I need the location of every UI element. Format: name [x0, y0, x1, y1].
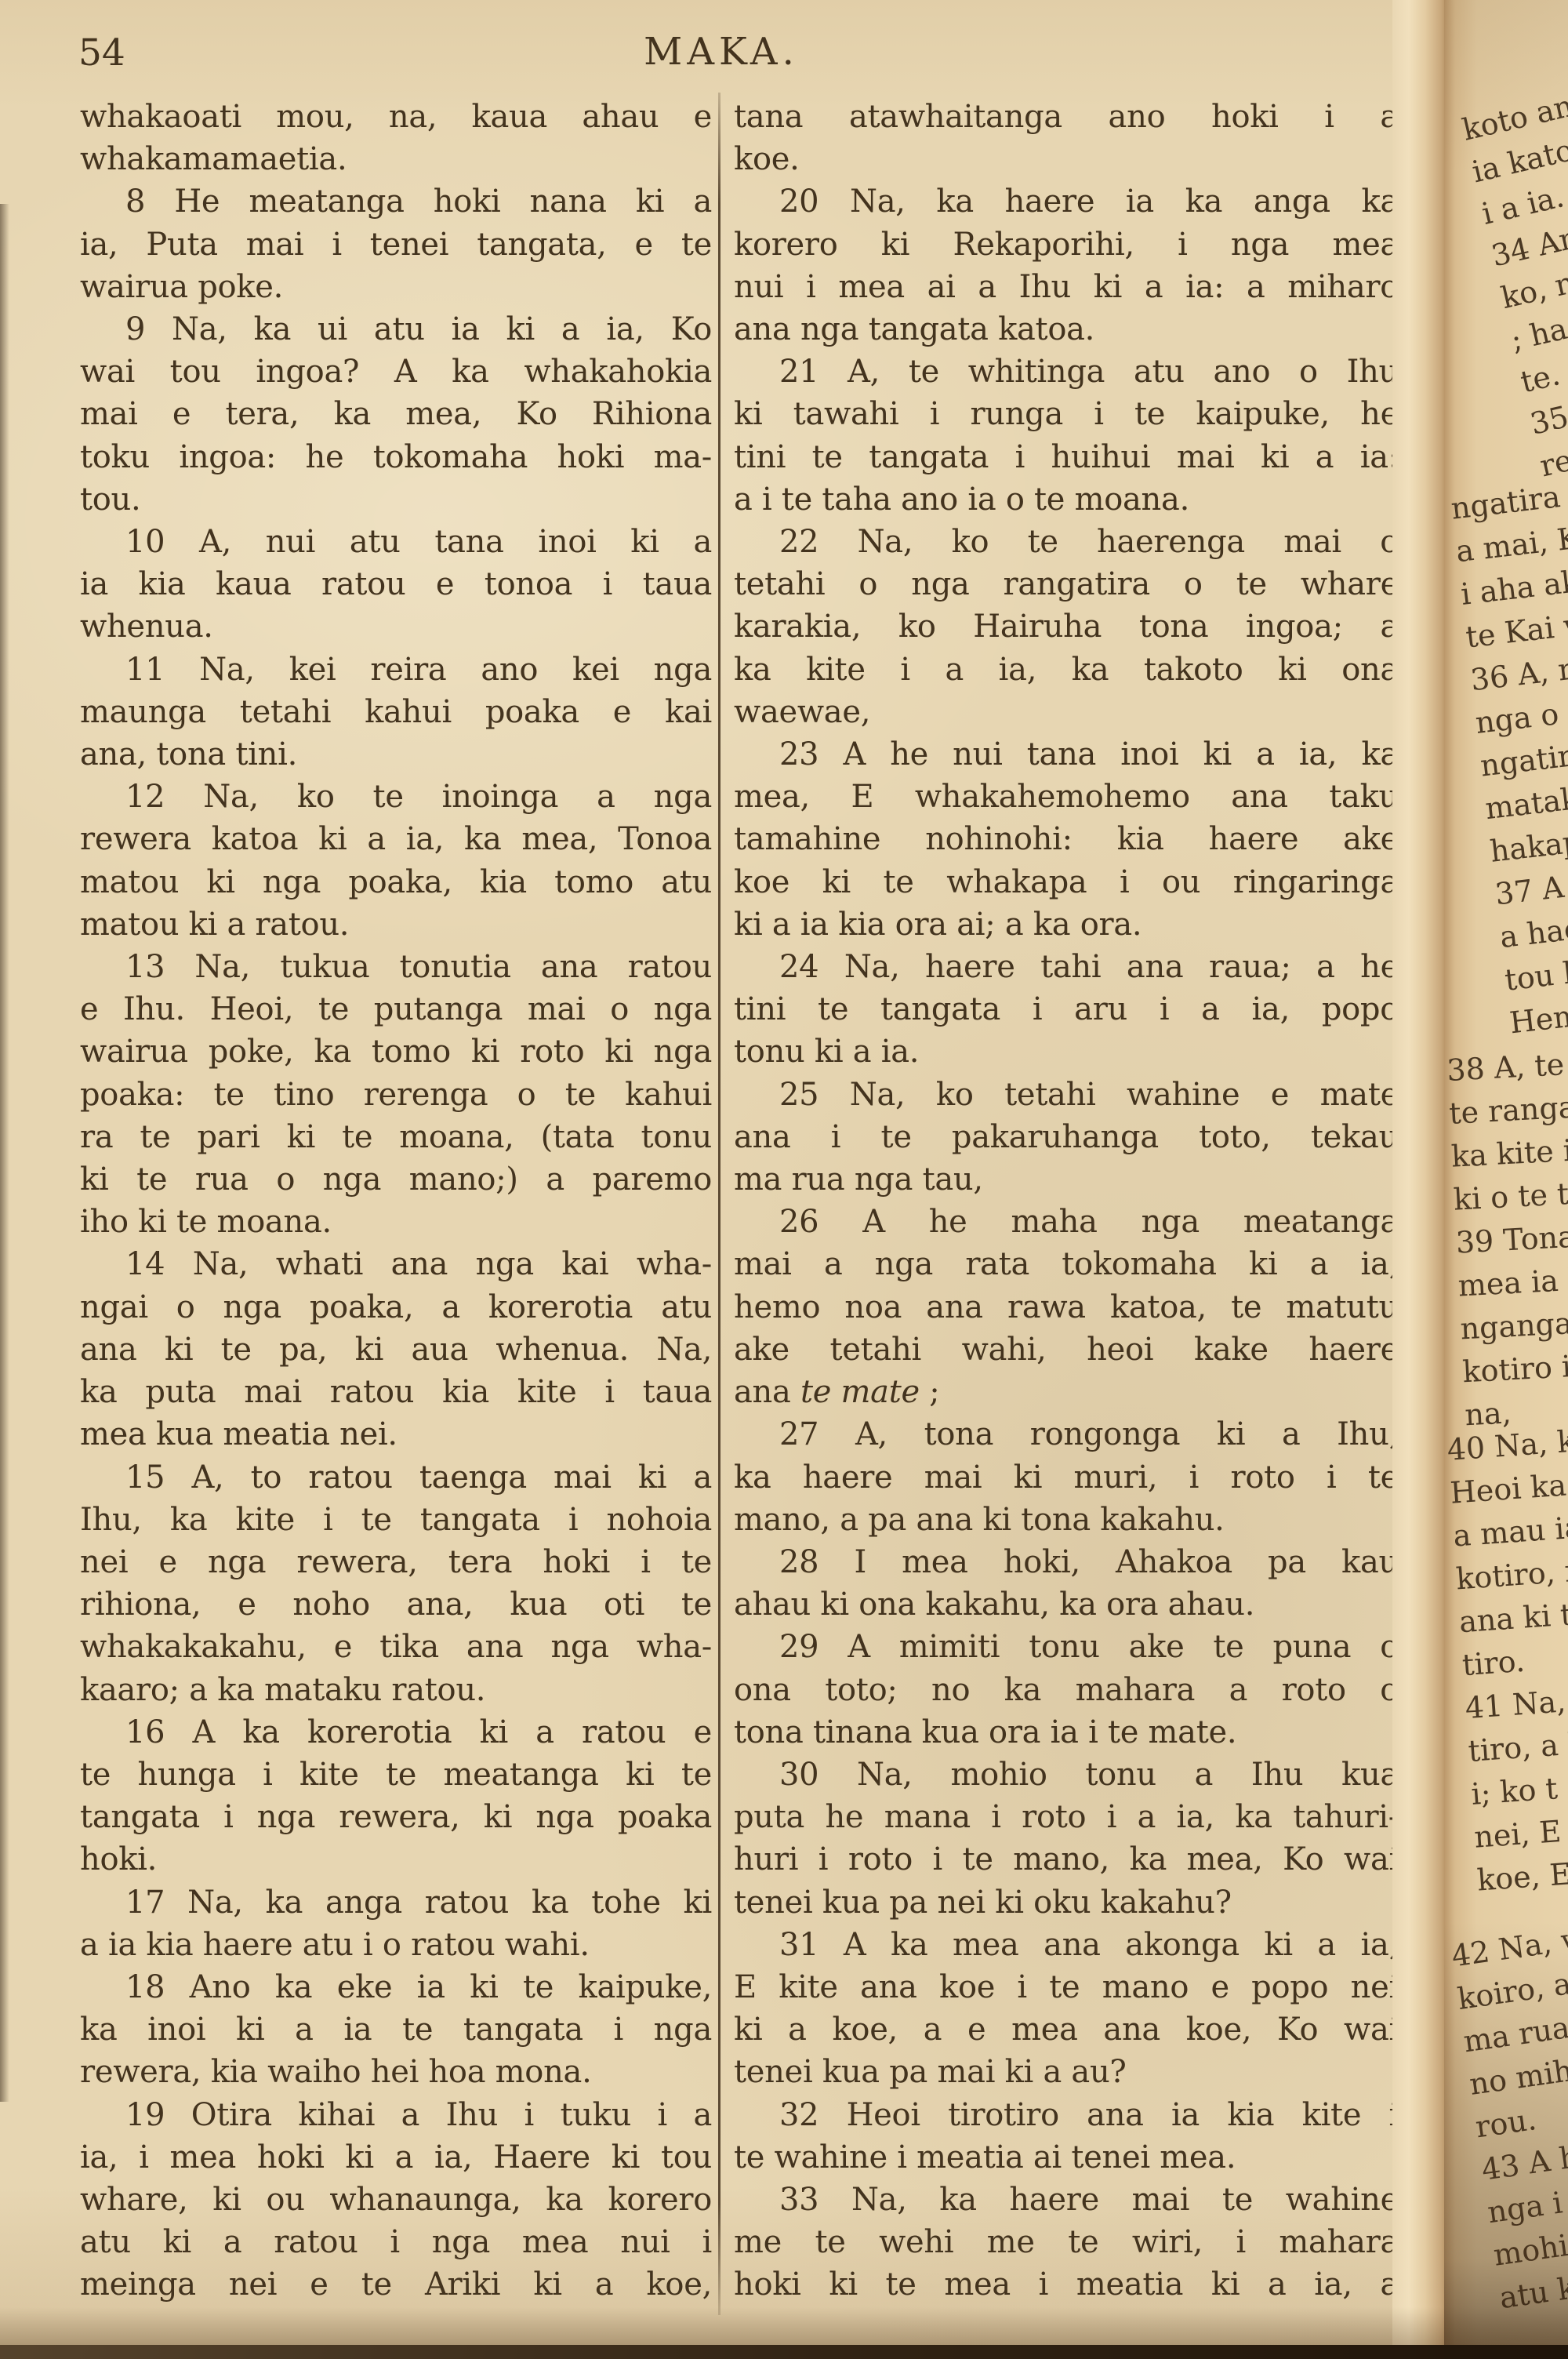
- page-fold-gutter: [1392, 0, 1447, 2359]
- text-line: ma rua nga tau,: [734, 1158, 1399, 1201]
- text-line: rihiona, e noho ana, kua oti te: [80, 1583, 712, 1626]
- bottom-edge-fade: [0, 2307, 1568, 2345]
- text-line: 18 Ano ka eke ia ki te kaipuke,: [80, 1966, 712, 2008]
- text-line: ia, Puta mai i tenei tangata, e te: [80, 224, 712, 266]
- text-line: whakakakahu, e tika ana nga wha-: [80, 1626, 712, 1668]
- text-line: mano, a pa ana ki tona kakahu.: [734, 1499, 1399, 1541]
- text-line: kaaro; a ka mataku ratou.: [80, 1669, 712, 1711]
- text-line: whare, ki ou whanaunga, ka korero: [80, 2179, 712, 2221]
- text-line: mea kua meatia nei.: [80, 1413, 712, 1456]
- text-line: tenei kua pa nei ki oku kakahu?: [734, 1881, 1399, 1924]
- text-line: 22 Na, ko te haerenga mai o: [734, 521, 1399, 563]
- text-line: matou ki a ratou.: [80, 903, 712, 946]
- text-line: tana atawhaitanga ano hoki i a: [734, 96, 1399, 138]
- next-page-fragment-block: koto ana kia katoatiai a ia.34 Ano rako,…: [1458, 60, 1568, 488]
- text-line: ia kia kaua ratou e tonoa i taua: [80, 563, 712, 605]
- text-line: tamahine nohinohi: kia haere ake: [734, 818, 1399, 860]
- text-line: 17 Na, ka anga ratou ka tohe ki: [80, 1881, 712, 1924]
- text-line: 15 A, to ratou taenga mai ki a: [80, 1456, 712, 1499]
- text-line: Ihu, ka kite i te tangata i nohoia: [80, 1499, 712, 1541]
- text-line: meinga nei e te Ariki ki a koe,: [80, 2263, 712, 2306]
- text-line: 12 Na, ko te inoinga a nga: [80, 776, 712, 818]
- text-line: tona tinana kua ora ia i te mate.: [734, 1711, 1399, 1754]
- text-line: hemo noa ana rawa katoa, te matutu: [734, 1286, 1399, 1329]
- text-line: 13 Na, tukua tonutia ana ratou: [80, 946, 712, 988]
- text-line: 9 Na, ka ui atu ia ki a ia, Ko: [80, 308, 712, 351]
- next-page-strip: koto ana kia katoatiai a ia.34 Ano rako,…: [1444, 0, 1568, 2359]
- text-line: e Ihu. Heoi, te putanga mai o nga: [80, 988, 712, 1030]
- text-line: 16 A ka korerotia ki a ratou e: [80, 1711, 712, 1754]
- text-line: 31 A ka mea ana akonga ki a ia,: [734, 1924, 1399, 1966]
- text-line: 24 Na, haere tahi ana raua; a he: [734, 946, 1399, 988]
- text-line: tenei kua pa mai ki a au?: [734, 2051, 1399, 2093]
- text-line: rewera, kia waiho hei hoa mona.: [80, 2051, 712, 2093]
- text-line: tangata i nga rewera, ki nga poaka: [80, 1796, 712, 1838]
- text-line: toku ingoa: he tokomaha hoki ma-: [80, 436, 712, 478]
- text-line: 28 I mea hoki, Ahakoa pa kau: [734, 1541, 1399, 1583]
- running-head: MAKA.: [596, 30, 847, 74]
- text-line: 20 Na, ka haere ia ka anga ka: [734, 180, 1399, 223]
- text-line: matou ki nga poaka, kia tomo atu: [80, 861, 712, 903]
- text-line: ka puta mai ratou kia kite i taua: [80, 1371, 712, 1413]
- book-page-photo: { "page": { "page_number": "54", "runnin…: [0, 0, 1568, 2359]
- text-line: puta he mana i roto i a ia, ka tahuri-: [734, 1796, 1399, 1838]
- text-line: ki te rua o nga mano;) a paremo: [80, 1158, 712, 1201]
- text-line: hoki ki te mea i meatia ki a ia, a: [734, 2263, 1399, 2306]
- text-line: 33 Na, ka haere mai te wahine: [734, 2179, 1399, 2221]
- text-line: ki a koe, a e mea ana koe, Ko wai: [734, 2008, 1399, 2051]
- text-line: 11 Na, kei reira ano kei nga: [80, 649, 712, 691]
- text-line: ngai o nga poaka, a korerotia atu: [80, 1286, 712, 1329]
- text-line: waewae,: [734, 691, 1399, 733]
- text-line: ki tawahi i runga i te kaipuke, he: [734, 393, 1399, 435]
- text-line: te hunga i kite te meatanga ki te: [80, 1754, 712, 1796]
- text-line: whakaoati mou, na, kaua ahau e: [80, 96, 712, 138]
- text-line: a i te taha ano ia o te moana.: [734, 478, 1399, 521]
- text-line: 23 A he nui tana inoi ki a ia, ka: [734, 733, 1399, 776]
- text-line: maunga tetahi kahui poaka e kai: [80, 691, 712, 733]
- next-page-fragment-block: 40 Na, katHeoi ka otia mau ia ki tkotiro…: [1446, 1413, 1568, 1902]
- text-line: te wahine i meatia ai tenei mea.: [734, 2136, 1399, 2179]
- text-line: poaka: te tino rerenga o te kahui: [80, 1074, 712, 1116]
- text-column-left: whakaoati mou, na, kaua ahau ewhakamamae…: [80, 96, 712, 2306]
- left-edge-shadow: [0, 204, 9, 2102]
- text-line: 27 A, tona rongonga ki a Ihu,: [734, 1413, 1399, 1456]
- text-line: 8 He meatanga hoki nana ki a: [80, 180, 712, 223]
- text-line: me te wehi me te wiri, i mahara: [734, 2221, 1399, 2263]
- text-line: a ia kia haere atu i o ratou wahi.: [80, 1924, 712, 1966]
- text-line: iho ki te moana.: [80, 1201, 712, 1243]
- text-line: 14 Na, whati ana nga kai wha-: [80, 1243, 712, 1285]
- text-line: tou.: [80, 478, 712, 521]
- text-line: tonu ki a ia.: [734, 1030, 1399, 1073]
- text-line: ra te pari ki te moana, (tata tonu: [80, 1116, 712, 1158]
- text-line: mai a nga rata tokomaha ki a ia,: [734, 1243, 1399, 1285]
- text-line: E kite ana koe i te mano e popo nei: [734, 1966, 1399, 2008]
- text-line: ia, i mea hoki ki a ia, Haere ki tou: [80, 2136, 712, 2179]
- text-line: wairua poke.: [80, 266, 712, 308]
- text-line: rewera katoa ki a ia, ka mea, Tonoa: [80, 818, 712, 860]
- text-line: 25 Na, ko tetahi wahine e mate: [734, 1074, 1399, 1116]
- text-line: 30 Na, mohio tonu a Ihu kua: [734, 1754, 1399, 1796]
- text-line: mea, E whakahemohemo ana taku: [734, 776, 1399, 818]
- text-line: ka inoi ki a ia te tangata i nga: [80, 2008, 712, 2051]
- text-line: hoki.: [80, 1838, 712, 1881]
- text-line: whenua.: [80, 605, 712, 648]
- text-line: ana nga tangata katoa.: [734, 308, 1399, 351]
- text-line: nei e nga rewera, tera hoki i te: [80, 1541, 712, 1583]
- text-line: wairua poke, ka tomo ki roto ki nga: [80, 1030, 712, 1073]
- text-line: atu ki a ratou i nga mea nui i: [80, 2221, 712, 2263]
- next-page-fragment-block: ngatira o ta mai, Kui aha ake nte Kai wh…: [1449, 463, 1568, 1045]
- text-line: ona toto; no ka mahara a roto o: [734, 1669, 1399, 1711]
- column-divider-rule: [718, 93, 720, 2315]
- book-bottom-edge-shadow: [0, 2345, 1568, 2359]
- text-line: ki a ia kia ora ai; a ka ora.: [734, 903, 1399, 946]
- text-line: 26 A he maha nga meatanga: [734, 1201, 1399, 1243]
- text-line: ana te mate ;: [734, 1371, 1399, 1413]
- text-line: tini te tangata i aru i a ia, popo: [734, 988, 1399, 1030]
- text-line: ka kite i a ia, ka takoto ki ona: [734, 649, 1399, 691]
- fragment-text-line: 38 A, te ta: [1446, 1038, 1568, 1092]
- next-page-fragment-block: 42 Na, whkoiro, a haema rua hokino mihar…: [1449, 1905, 1568, 2320]
- text-line: tini te tangata i huihui mai ki a ia:: [734, 436, 1399, 478]
- text-line: 10 A, nui atu tana inoi ki a: [80, 521, 712, 563]
- text-line: ana i te pakaruhanga toto, tekau: [734, 1116, 1399, 1158]
- text-line: 29 A mimiti tonu ake te puna o: [734, 1626, 1399, 1668]
- text-line: koe.: [734, 138, 1399, 180]
- text-line: ka haere mai ki muri, i roto i te: [734, 1456, 1399, 1499]
- text-line: ahau ki ona kakahu, ka ora ahau.: [734, 1583, 1399, 1626]
- text-line: ana, tona tini.: [80, 733, 712, 776]
- text-line: koe ki te whakapa i ou ringaringa: [734, 861, 1399, 903]
- text-line: wai tou ingoa? A ka whakahokia: [80, 351, 712, 393]
- text-line: huri i roto i te mano, ka mea, Ko wai: [734, 1838, 1399, 1881]
- text-line: whakamamaetia.: [80, 138, 712, 180]
- next-page-fragment-block: 38 A, te tate rangatiraka kite ia iki o …: [1446, 1038, 1568, 1437]
- text-line: karakia, ko Hairuha tona ingoa; a: [734, 605, 1399, 648]
- text-line: mai e tera, ka mea, Ko Rihiona: [80, 393, 712, 435]
- text-line: 32 Heoi tirotiro ana ia kia kite i: [734, 2094, 1399, 2136]
- text-line: 19 Otira kihai a Ihu i tuku i a: [80, 2094, 712, 2136]
- text-line: 21 A, te whitinga atu ano o Ihu: [734, 351, 1399, 393]
- text-line: nui i mea ai a Ihu ki a ia: a miharo: [734, 266, 1399, 308]
- text-line: korero ki Rekaporihi, i nga mea: [734, 224, 1399, 266]
- text-line: ake tetahi wahi, heoi kake haere: [734, 1329, 1399, 1371]
- text-column-right: tana atawhaitanga ano hoki i akoe.20 Na,…: [734, 96, 1399, 2306]
- text-line: tetahi o nga rangatira o te whare: [734, 563, 1399, 605]
- page-number: 54: [78, 31, 125, 75]
- text-line: ana ki te pa, ki aua whenua. Na,: [80, 1329, 712, 1371]
